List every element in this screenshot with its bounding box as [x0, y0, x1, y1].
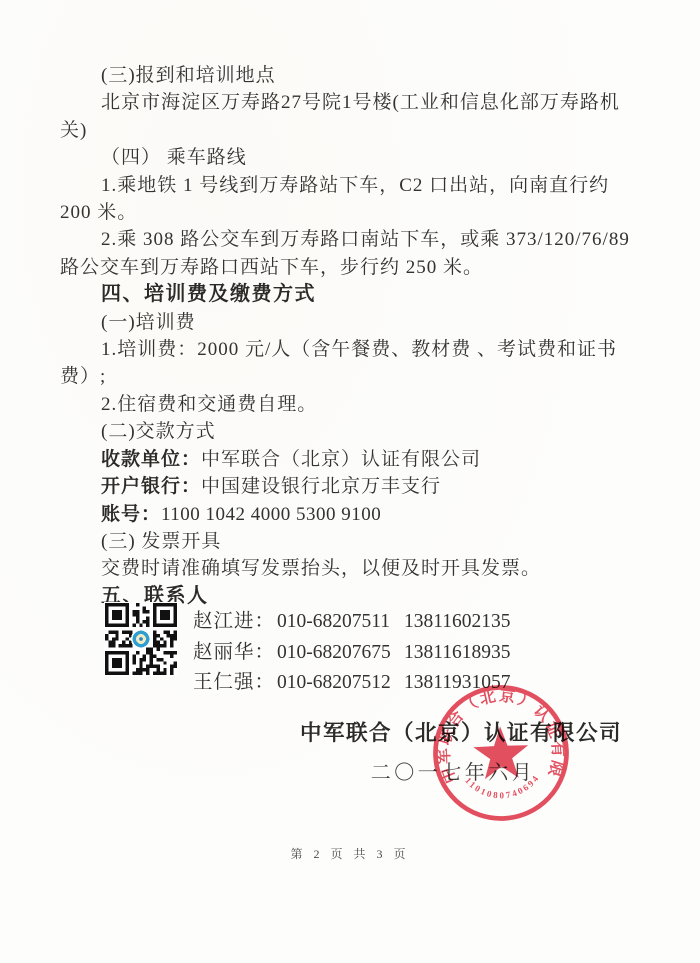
page-footer: 第 2 页 共 3 页	[0, 845, 700, 862]
qr-finder-bottom-left	[105, 651, 129, 675]
para-fee-selfpay: 2.住宿费和交通费自理。	[60, 391, 645, 418]
heading-section-4-fees: 四、培训费及缴费方式	[60, 281, 645, 308]
seal-graphic: 中军联合（北京）认证有限公司 1101080740694	[427, 679, 576, 828]
payee-label: 收款单位：	[101, 449, 201, 470]
seal-ring-text-holder: 中军联合（北京）认证有限公司	[427, 679, 569, 787]
contact-name: 赵江进：	[193, 607, 277, 637]
contact-row: 赵丽华： 010-68207675 13811618935	[193, 638, 511, 668]
bank-row: 开户银行：中国建设银行北京万丰支行	[60, 473, 645, 500]
para-route-heading: （四） 乘车路线	[60, 144, 645, 171]
account-number: 1100 1042 4000 5300 9100	[161, 504, 381, 525]
bank-value: 中国建设银行北京万丰支行	[201, 476, 441, 497]
para-route-subway: 1.乘地铁 1 号线到万寿路站下车，C2 口出站，向南直行约 200 米。	[60, 172, 645, 227]
contact-phone-office: 010-68207512	[277, 668, 404, 698]
qr-code	[104, 602, 178, 676]
para-invoice-note: 交费时请准确填写发票抬头，以便及时开具发票。	[60, 555, 645, 582]
contact-phone-mobile: 13811618935	[404, 638, 511, 668]
seal-ring-text: 中军联合（北京）认证有限公司	[427, 679, 569, 787]
bank-label: 开户银行：	[101, 476, 201, 497]
para-payment-subheading: (二)交款方式	[60, 418, 645, 445]
qr-finder-top-left	[105, 603, 129, 627]
para-route-bus: 2.乘 308 路公交车到万寿路口南站下车，或乘 373/120/76/89 路…	[60, 226, 645, 281]
para-fee-amount: 1.培训费：2000 元/人（含午餐费、教材费 、考试费和证书费）;	[60, 336, 645, 391]
company-seal: 中军联合（北京）认证有限公司 1101080740694	[427, 679, 576, 828]
para-fee-subheading: (一)培训费	[60, 309, 645, 336]
para-invoice-subheading: (三) 发票开具	[60, 528, 645, 555]
page-number-indicator: 第 2 页 共 3 页	[290, 847, 409, 861]
qr-center-logo	[131, 629, 151, 649]
qr-finder-top-right	[153, 603, 177, 627]
payee-row: 收款单位：中军联合（北京）认证有限公司	[60, 446, 645, 473]
seal-star-icon	[473, 725, 530, 779]
account-row: 账号：1100 1042 4000 5300 9100	[60, 501, 645, 528]
seal-number: 1101080740694	[463, 772, 543, 802]
contact-phone-office: 010-68207511	[277, 607, 404, 637]
contact-phone-mobile: 13811602135	[404, 607, 511, 637]
document-body: (三)报到和培训地点 北京市海淀区万寿路27号院1号楼(工业和信息化部万寿路机关…	[60, 62, 645, 698]
para-address: 北京市海淀区万寿路27号院1号楼(工业和信息化部万寿路机关)	[60, 89, 645, 144]
account-label: 账号：	[101, 504, 161, 525]
contact-name: 赵丽华：	[193, 638, 277, 668]
contact-phone-office: 010-68207675	[277, 638, 404, 668]
contact-name: 王仁强：	[193, 668, 277, 698]
scanned-document-page: (三)报到和培训地点 北京市海淀区万寿路27号院1号楼(工业和信息化部万寿路机关…	[0, 0, 700, 963]
payee-value: 中军联合（北京）认证有限公司	[201, 449, 481, 470]
seal-number-holder: 1101080740694	[463, 772, 543, 802]
para-location-heading: (三)报到和培训地点	[60, 62, 645, 89]
qr-code-graphic	[104, 602, 178, 676]
contact-row: 赵江进： 010-68207511 13811602135	[193, 607, 511, 637]
